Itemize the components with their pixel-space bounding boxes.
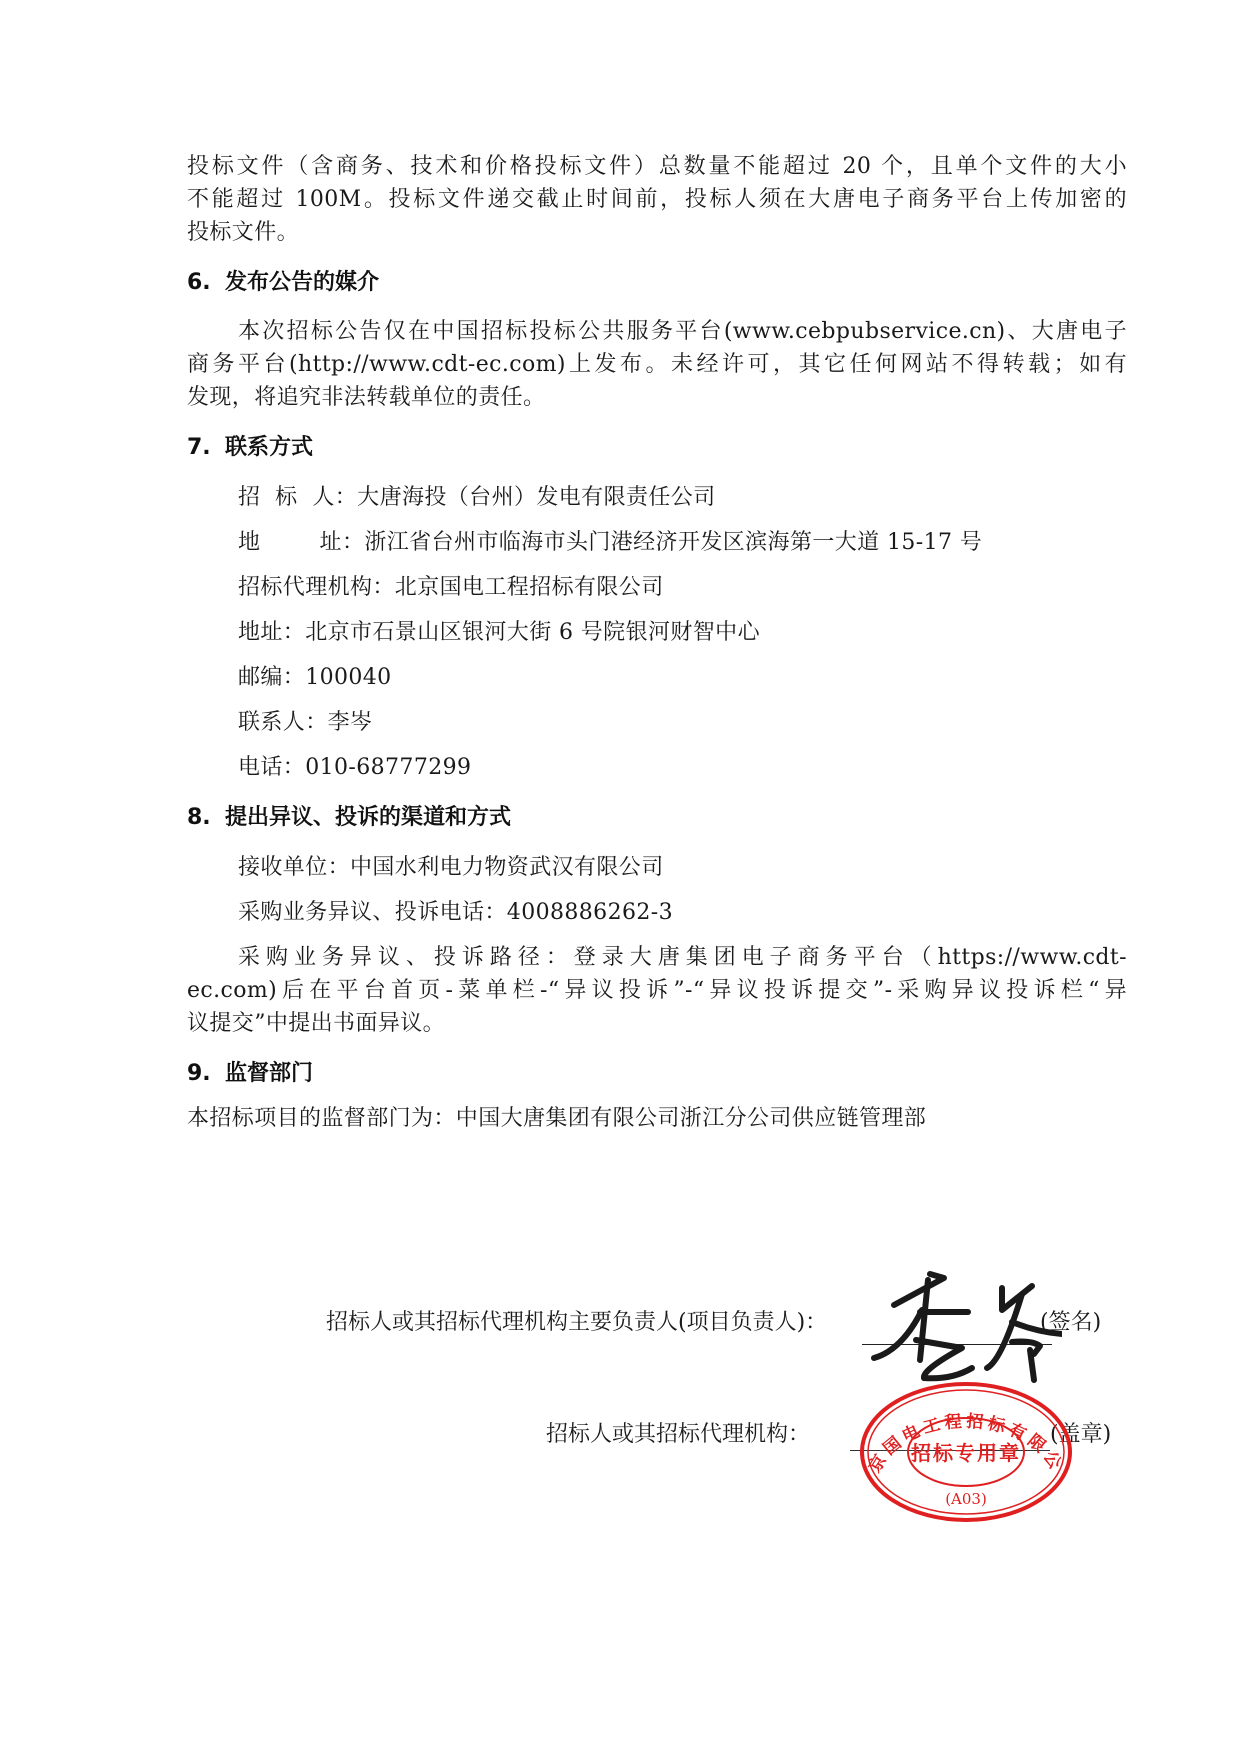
section-title: 监督部门 xyxy=(225,1061,313,1086)
section-number: 8. xyxy=(187,801,225,834)
section-6-heading: 6.发布公告的媒介 xyxy=(187,266,379,299)
section-8-heading: 8.提出异议、投诉的渠道和方式 xyxy=(187,801,511,834)
objection-path-line-2: ec.com)后在平台首页-菜单栏-“异议投诉”-“异议投诉提交”-采购异议投诉… xyxy=(187,974,1127,1007)
contact-agency-address: 地址：北京市石景山区银河大街 6 号院银河财智中心 xyxy=(238,616,1127,649)
section-6-para-line-1: 本次招标公告仅在中国招标投标公共服务平台(www.cebpubservice.c… xyxy=(238,315,1127,348)
contact-tenderer: 招 标 人：大唐海投（台州）发电有限责任公司 xyxy=(238,481,1127,514)
section-title: 联系方式 xyxy=(225,435,313,460)
section-9-heading: 9.监督部门 xyxy=(187,1057,313,1090)
contact-address: 地 址：浙江省台州市临海市头门港经济开发区滨海第一大道 15-17 号 xyxy=(238,526,1127,559)
intro-line-1: 投标文件（含商务、技术和价格投标文件）总数量不能超过 20 个，且单个文件的大小 xyxy=(187,150,1127,183)
objection-receiver: 接收单位：中国水利电力物资武汉有限公司 xyxy=(238,851,1127,884)
svg-text:李岑: 李岑 xyxy=(862,1250,894,1254)
contact-person: 联系人：李岑 xyxy=(238,706,1127,739)
stamp-center-text: 招标专用章 xyxy=(911,1441,1021,1465)
intro-line-2: 不能超过 100M。投标文件递交截止时间前，投标人须在大唐电子商务平台上传加密的 xyxy=(187,183,1127,216)
section-number: 9. xyxy=(187,1057,225,1090)
objection-path-line-1: 采购业务异议、投诉路径：登录大唐集团电子商务平台（https://www.cdt… xyxy=(238,941,1127,974)
supervision-text: 本招标项目的监督部门为：中国大唐集团有限公司浙江分公司供应链管理部 xyxy=(187,1102,1127,1135)
intro-line-3: 投标文件。 xyxy=(187,216,1127,249)
section-title: 提出异议、投诉的渠道和方式 xyxy=(225,805,511,830)
section-7-heading: 7.联系方式 xyxy=(187,431,313,464)
section-6-para-line-2: 商务平台(http://www.cdt-ec.com)上发布。未经许可，其它任何… xyxy=(187,348,1127,381)
official-seal-stamp: 北京国电工程招标有限公司 招标专用章 (A03) xyxy=(856,1380,1076,1525)
section-6-para-line-3: 发现，将追究非法转载单位的责任。 xyxy=(187,381,1127,414)
section-number: 7. xyxy=(187,431,225,464)
section-number: 6. xyxy=(187,266,225,299)
contact-postcode: 邮编：100040 xyxy=(238,661,1127,694)
agency-label: 招标人或其招标代理机构： xyxy=(546,1418,810,1451)
responsible-label: 招标人或其招标代理机构主要负责人(项目负责人)： xyxy=(326,1306,827,1339)
contact-phone: 电话：010-68777299 xyxy=(238,751,1127,784)
objection-path-line-3: 议提交”中提出书面异议。 xyxy=(187,1007,1127,1040)
section-title: 发布公告的媒介 xyxy=(225,270,379,295)
stamp-code: (A03) xyxy=(945,1490,987,1508)
objection-phone: 采购业务异议、投诉电话：4008886262-3 xyxy=(238,896,1127,929)
handwritten-signature: 李岑 xyxy=(862,1250,1062,1400)
contact-agency: 招标代理机构：北京国电工程招标有限公司 xyxy=(238,571,1127,604)
